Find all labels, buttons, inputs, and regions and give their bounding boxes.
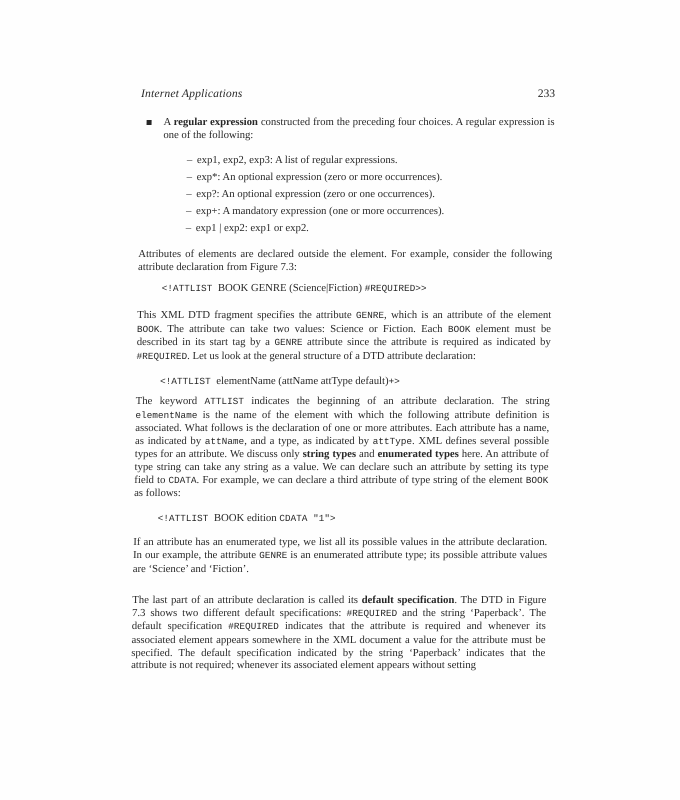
page-content: Internet Applications 233 A regular expr… bbox=[131, 88, 555, 672]
text-mono: <!ATTLIST bbox=[158, 513, 214, 524]
dash-icon: – bbox=[186, 205, 196, 218]
code-line: <!ATTLIST BOOK edition CDATA "1"> bbox=[134, 512, 548, 526]
dash-icon: – bbox=[186, 222, 196, 235]
text-bold: enumerated types bbox=[377, 448, 459, 460]
bullet-square-icon bbox=[147, 120, 152, 125]
text-plain: indicates the beginning of an attribute … bbox=[244, 395, 550, 407]
dash-list-item: –exp1 | exp2: exp1 or exp2. bbox=[186, 222, 553, 235]
text-mono: CDATA bbox=[168, 475, 196, 486]
dash-list-item: –exp1, exp2, exp3: A list of regular exp… bbox=[187, 154, 554, 167]
dash-list-item: –exp?: An optional expression (zero or o… bbox=[186, 188, 553, 201]
text-plain: exp?: An optional expression (zero or on… bbox=[196, 188, 435, 200]
text-plain: The keyword bbox=[136, 395, 205, 407]
text-plain: BOOK edition bbox=[214, 512, 280, 524]
text-plain: exp1, exp2, exp3: A list of regular expr… bbox=[197, 154, 398, 166]
text-mono: BOOK bbox=[526, 475, 549, 486]
text-mono: BOOK bbox=[137, 324, 160, 335]
paragraph: If an attribute has an enumerated type, … bbox=[133, 536, 548, 575]
code-line: <!ATTLIST BOOK GENRE (Science|Fiction) #… bbox=[138, 282, 552, 296]
text-plain: The last part of an attribute declaratio… bbox=[132, 594, 362, 606]
text-mono: GENRE bbox=[259, 550, 287, 561]
text-mono: <!ATTLIST bbox=[160, 376, 216, 387]
text-plain: . For example, we can declare a third at… bbox=[197, 474, 526, 486]
dash-list-item: –exp+: A mandatory expression (one or mo… bbox=[186, 205, 553, 218]
text-plain: attribute since the attribute is require… bbox=[302, 336, 550, 348]
text-plain: BOOK GENRE (Science|Fiction) bbox=[218, 282, 365, 294]
bullet-item: A regular expression constructed from th… bbox=[140, 116, 554, 141]
text-plain: . Let us look at the general structure o… bbox=[187, 350, 476, 362]
dash-list: –exp1, exp2, exp3: A list of regular exp… bbox=[139, 154, 554, 234]
text-mono: GENRE bbox=[356, 310, 384, 321]
text-mono: attType bbox=[373, 436, 413, 447]
paragraph: The keyword ATTLIST indicates the beginn… bbox=[134, 395, 550, 500]
text-plain: as follows: bbox=[134, 487, 181, 499]
text-plain: and bbox=[356, 448, 378, 460]
text-mono: <!ATTLIST bbox=[162, 283, 218, 294]
text-plain: . The attribute can take two values: Sci… bbox=[159, 323, 448, 335]
text-plain: This XML DTD fragment specifies the attr… bbox=[137, 309, 356, 321]
book-page: Internet Applications 233 A regular expr… bbox=[0, 0, 680, 800]
running-head-title: Internet Applications bbox=[141, 88, 243, 101]
text-plain: Attributes of elements are declared outs… bbox=[138, 248, 552, 273]
text-plain: , and a type, as indicated by bbox=[244, 435, 373, 447]
text-mono: +> bbox=[388, 376, 399, 387]
paragraph: The last part of an attribute declaratio… bbox=[131, 594, 546, 672]
text-plain: , which is an attribute of the element bbox=[384, 309, 551, 321]
text-mono: #REQUIRED bbox=[228, 621, 279, 632]
text-plain: exp1 | exp2: exp1 or exp2. bbox=[196, 222, 309, 234]
text-mono: GENRE bbox=[274, 337, 302, 348]
text-mono: #REQUIRED>> bbox=[365, 283, 427, 294]
text-mono: ATTLIST bbox=[204, 396, 244, 407]
dash-icon: – bbox=[186, 188, 196, 201]
text-mono: #REQUIRED bbox=[136, 351, 187, 362]
text-plain: A bbox=[163, 116, 173, 128]
paragraph: Attributes of elements are declared outs… bbox=[138, 248, 552, 273]
text-bold: regular expression bbox=[174, 116, 258, 128]
text-bold: string types bbox=[303, 448, 357, 460]
dash-list-item: –exp*: An optional expression (zero or m… bbox=[187, 171, 554, 184]
text-mono: #REQUIRED bbox=[346, 608, 397, 619]
text-bold: default specification bbox=[362, 594, 455, 606]
code-line: <!ATTLIST elementName (attName attType d… bbox=[136, 375, 550, 389]
running-head: Internet Applications 233 bbox=[141, 88, 555, 101]
page-number: 233 bbox=[538, 88, 555, 101]
text-mono: BOOK bbox=[448, 324, 471, 335]
bullet-item-text: A regular expression constructed from th… bbox=[163, 116, 554, 141]
text-plain: exp+: A mandatory expression (one or mor… bbox=[196, 205, 444, 217]
text-mono: CDATA "1"> bbox=[279, 513, 335, 524]
text-plain: exp*: An optional expression (zero or mo… bbox=[197, 171, 443, 183]
paragraph: This XML DTD fragment specifies the attr… bbox=[136, 309, 551, 363]
dash-icon: – bbox=[187, 154, 197, 167]
text-plain: elementName (attName attType default) bbox=[216, 375, 388, 387]
dash-icon: – bbox=[187, 171, 197, 184]
text-mono: attName bbox=[205, 436, 245, 447]
text-mono: elementName bbox=[135, 410, 197, 421]
document-blocks: A regular expression constructed from th… bbox=[131, 116, 555, 672]
